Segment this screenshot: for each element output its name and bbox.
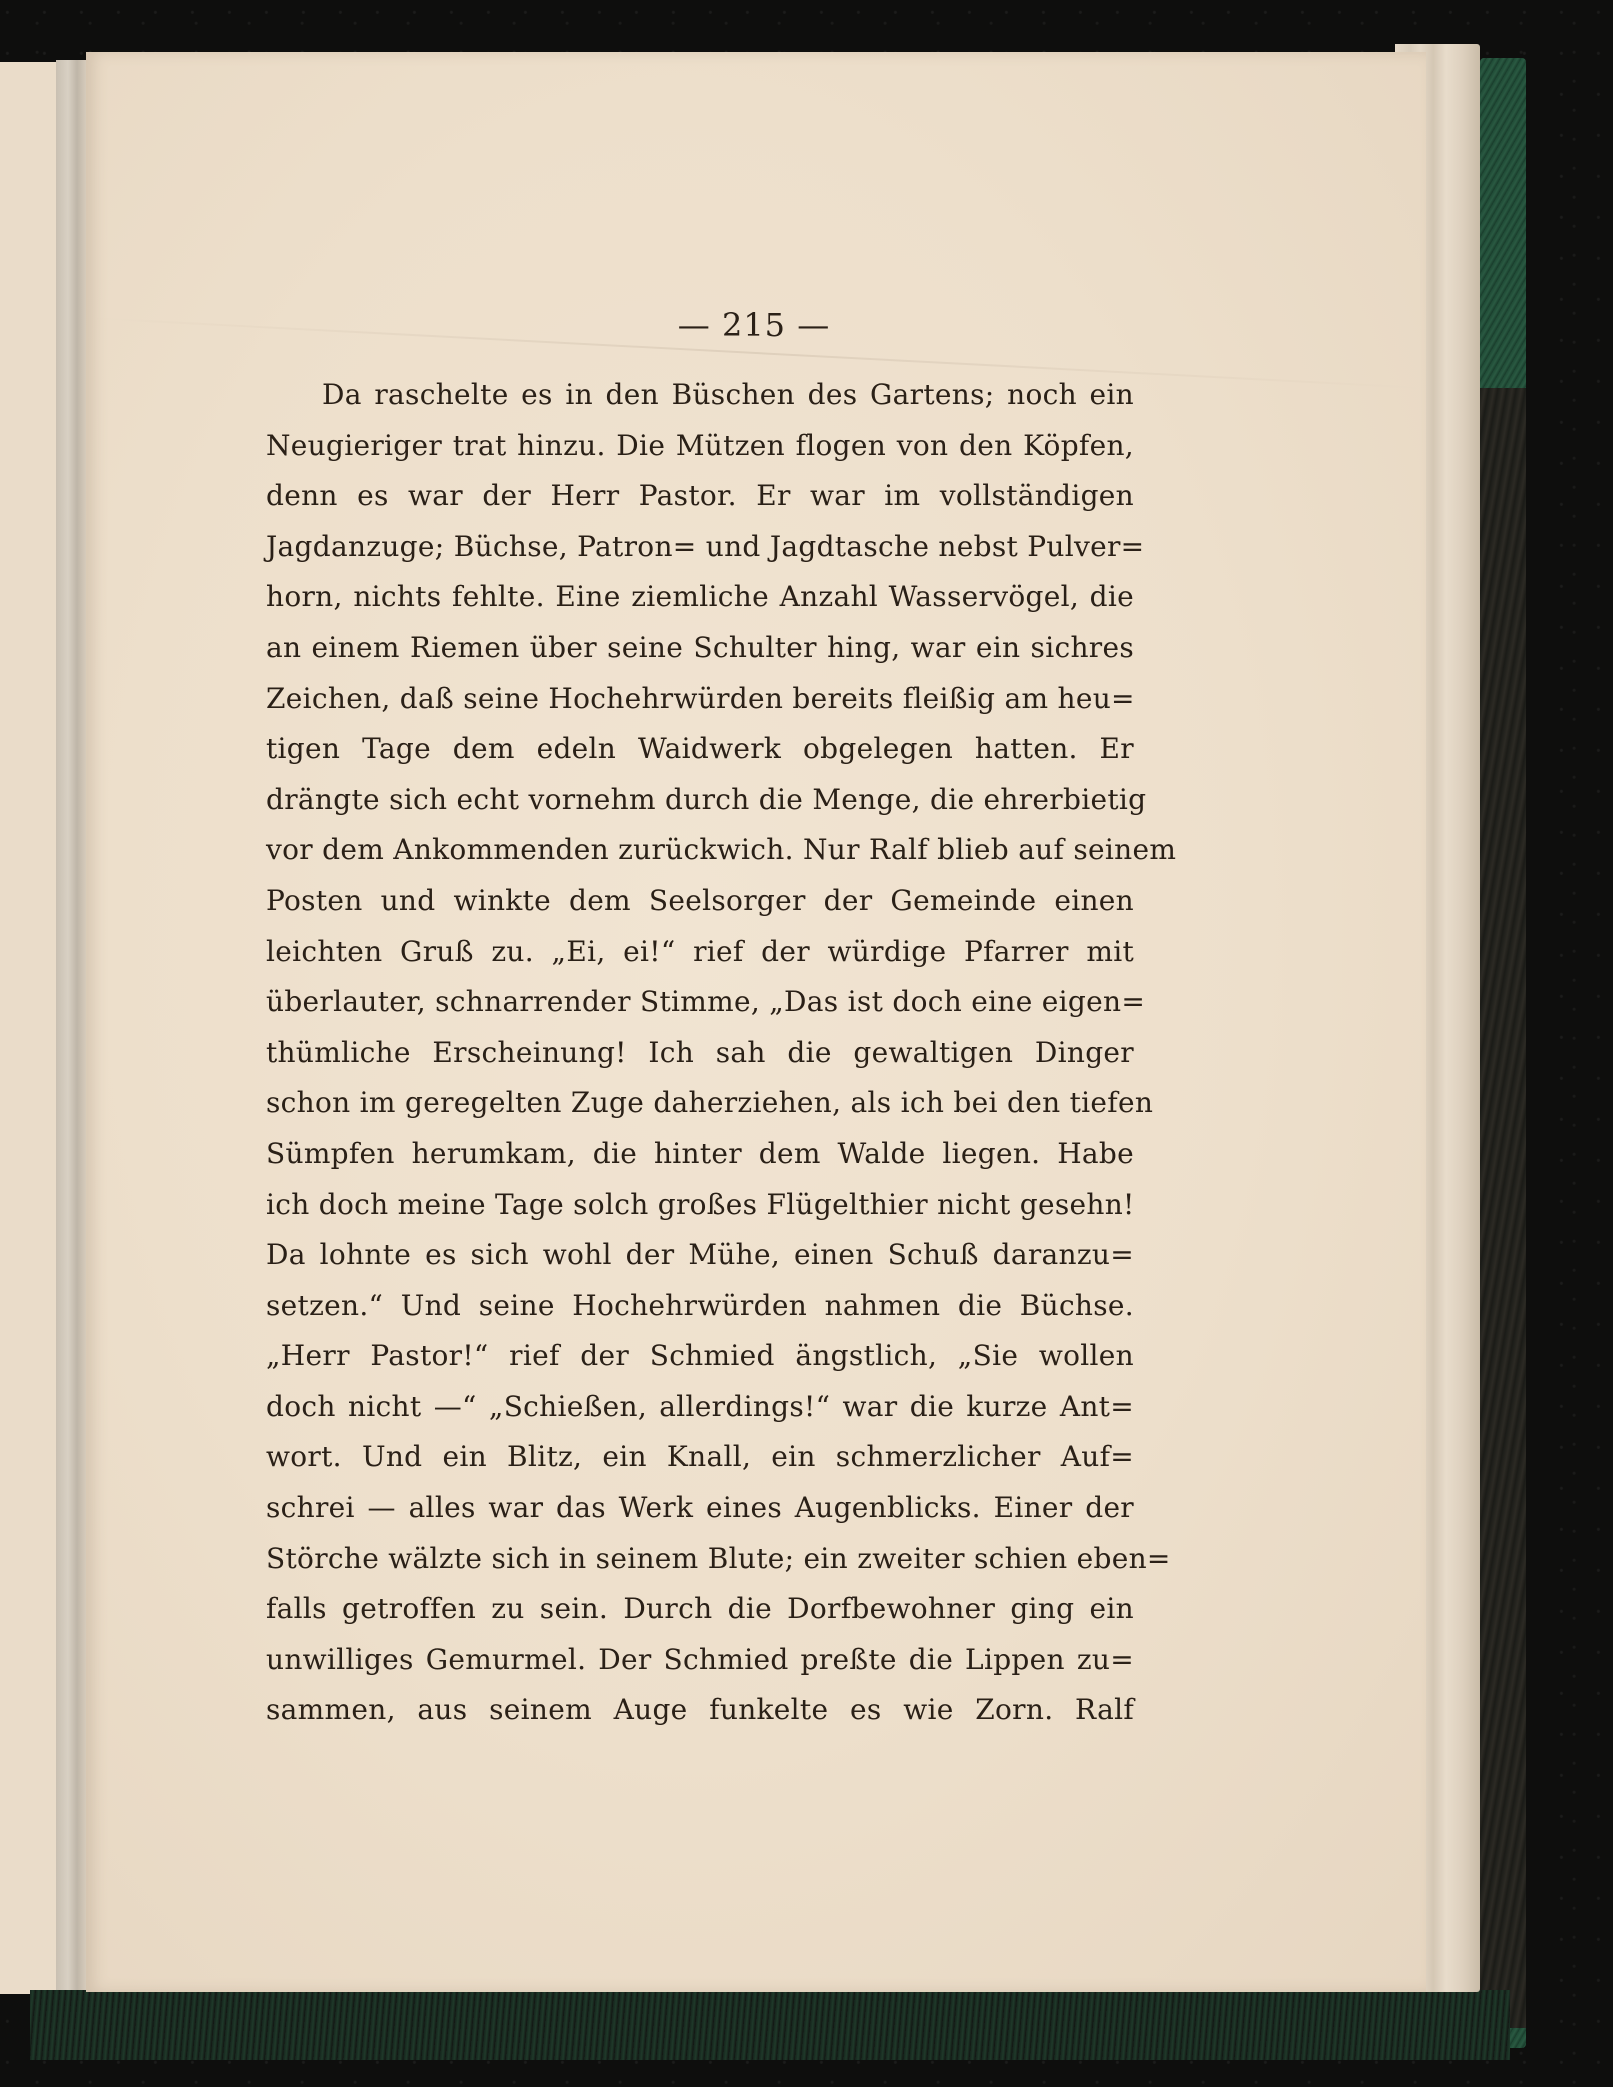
text-line: Posten und winkte dem Seelsorger der Gem… — [266, 876, 1134, 927]
text-line: an einem Riemen über seine Schulter hing… — [266, 623, 1134, 674]
worn-cover-binding — [1480, 388, 1526, 2028]
text-line: falls getroffen zu sein. Durch die Dorfb… — [266, 1584, 1134, 1635]
text-line: denn es war der Herr Pastor. Er war im v… — [266, 471, 1134, 522]
text-line: horn, nichts fehlte. Eine ziemliche Anza… — [266, 572, 1134, 623]
text-line: schrei — alles war das Werk eines Augenb… — [266, 1483, 1134, 1534]
text-line: sammen, aus seinem Auge funkelte es wie … — [266, 1685, 1134, 1736]
text-line: doch nicht —“ „Schießen, allerdings!“ wa… — [266, 1382, 1134, 1433]
page-body-text: Da raschelte es in den Büschen des Garte… — [266, 370, 1134, 1736]
text-line: Jagdanzuge; Büchse, Patron= und Jagdtasc… — [266, 522, 1134, 573]
left-page-edge — [0, 62, 56, 1994]
book-page: — 215 — Da raschelte es in den Büschen d… — [86, 52, 1426, 1992]
book-cover-bottom — [30, 1990, 1510, 2060]
text-line: überlauter, schnarrender Stimme, „Das is… — [266, 977, 1134, 1028]
text-line: Da raschelte es in den Büschen des Garte… — [266, 370, 1134, 421]
page-number: — 215 — — [86, 306, 1426, 344]
book-gutter — [56, 60, 86, 1994]
text-line: Sümpfen herumkam, die hinter dem Walde l… — [266, 1129, 1134, 1180]
text-line: leichten Gruß zu. „Ei, ei!“ rief der wür… — [266, 927, 1134, 978]
text-line: ich doch meine Tage solch großes Flügelt… — [266, 1180, 1134, 1231]
text-line: Neugieriger trat hinzu. Die Mützen floge… — [266, 421, 1134, 472]
book-cover-edge — [1480, 58, 1526, 2048]
text-line: Zeichen, daß seine Hochehrwürden bereits… — [266, 674, 1134, 725]
text-line: setzen.“ Und seine Hochehrwürden nahmen … — [266, 1281, 1134, 1332]
text-line: unwilliges Gemurmel. Der Schmied preßte … — [266, 1635, 1134, 1686]
text-line: schon im geregelten Zuge daherziehen, al… — [266, 1078, 1134, 1129]
text-line: vor dem Ankommenden zurückwich. Nur Ralf… — [266, 825, 1134, 876]
text-line: wort. Und ein Blitz, ein Knall, ein schm… — [266, 1432, 1134, 1483]
text-line: „Herr Pastor!“ rief der Schmied ängstlic… — [266, 1331, 1134, 1382]
text-line: tigen Tage dem edeln Waidwerk obgelegen … — [266, 724, 1134, 775]
text-line: Störche wälzte sich in seinem Blute; ein… — [266, 1534, 1134, 1585]
text-line: thümliche Erscheinung! Ich sah die gewal… — [266, 1028, 1134, 1079]
text-line: Da lohnte es sich wohl der Mühe, einen S… — [266, 1230, 1134, 1281]
text-line: drängte sich echt vornehm durch die Meng… — [266, 775, 1134, 826]
